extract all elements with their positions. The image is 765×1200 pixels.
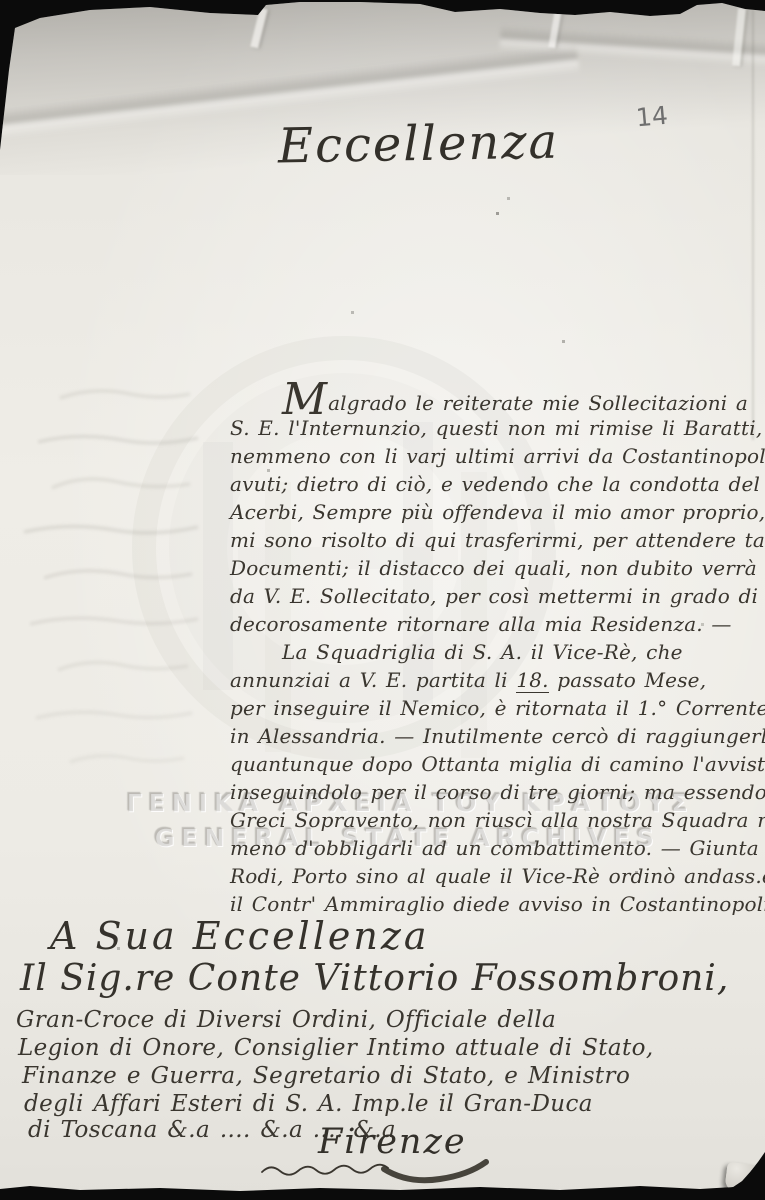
pencil-page-number: 14 [635,101,669,133]
manuscript-line: Malgrado le reiterate mie Sollecitazioni… [230,386,762,414]
drop-cap-initial: M [282,374,328,425]
manuscript-body: Malgrado le reiterate mie Sollecitazioni… [230,386,762,918]
paper-crease [499,25,765,69]
paper-crease [548,4,563,49]
address-heading: A Sua Eccellenza [50,914,430,958]
page-fold-line [752,10,754,440]
manuscript-line-text: passato Mese, [549,668,707,692]
manuscript-line: mi sono risolto di qui trasferirmi, per … [230,526,762,554]
manuscript-line: avuti; dietro di ciò, e vedendo che la c… [230,470,762,498]
address-title-line: Gran-Croce di Diversi Ordini, Officiale … [16,1007,556,1033]
address-recipient: Il Sig.re Conte Vittorio Fossombroni, [20,958,729,999]
manuscript-line: La Squadriglia di S. A. il Vice-Rè, che [230,638,762,666]
address-title-line: degli Affari Esteri di S. A. Imp.le il G… [24,1091,593,1117]
curled-corner [724,1162,765,1194]
manuscript-line-text: algrado le reiterate mie Sollecitazioni … [328,391,748,415]
address-title-line: Finanze e Guerra, Segretario di Stato, e… [22,1063,630,1089]
paper-sheet: ΓΕΝΙΚΑ ΑΡΧΕΙΑ ΤΟΥ ΚΡΑΤΟΥΣ GENERAL STATE … [0,0,765,1200]
manuscript-line: Rodi, Porto sino al quale il Vice-Rè ord… [230,862,762,890]
salutation-title: Eccellenza [278,114,560,175]
paper-crease [732,8,746,67]
verso-bleedthrough [0,380,230,790]
manuscript-line: per inseguire il Nemico, è ritornata il … [230,694,762,722]
address-title-line: Legion di Onore, Consiglier Intimo attua… [18,1035,654,1061]
manuscript-line-text: annunziai a V. E. partita li [230,668,516,692]
manuscript-line: decorosamente ritornare alla mia Residen… [230,610,762,638]
ink-specks [0,0,1,1]
paper-crease [250,8,267,49]
scanned-manuscript-page: ΓΕΝΙΚΑ ΑΡΧΕΙΑ ΤΟΥ ΚΡΑΤΟΥΣ GENERAL STATE … [0,0,765,1200]
manuscript-line: quantunque dopo Ottanta miglia di camino… [230,750,762,778]
manuscript-line: nemmeno con li varj ultimi arrivi da Cos… [230,442,762,470]
manuscript-line: inseguindolo per il corso di tre giorni;… [230,778,762,806]
underlined-date: 18. [516,668,548,693]
manuscript-line: Documenti; il distacco dei quali, non du… [230,554,762,582]
manuscript-line: annunziai a V. E. partita li 18. passato… [230,666,762,694]
manuscript-line: da V. E. Sollecitato, per così mettermi … [230,582,762,610]
address-city: Firenze [318,1122,467,1162]
manuscript-line: meno d'obbligarli ad un combattimento. —… [230,834,762,862]
manuscript-line: Acerbi, Sempre più offendeva il mio amor… [230,498,762,526]
manuscript-line: in Alessandria. — Inutilmente cercò di r… [230,722,762,750]
manuscript-line: Greci Sopravento, non riuscì alla nostra… [230,806,762,834]
